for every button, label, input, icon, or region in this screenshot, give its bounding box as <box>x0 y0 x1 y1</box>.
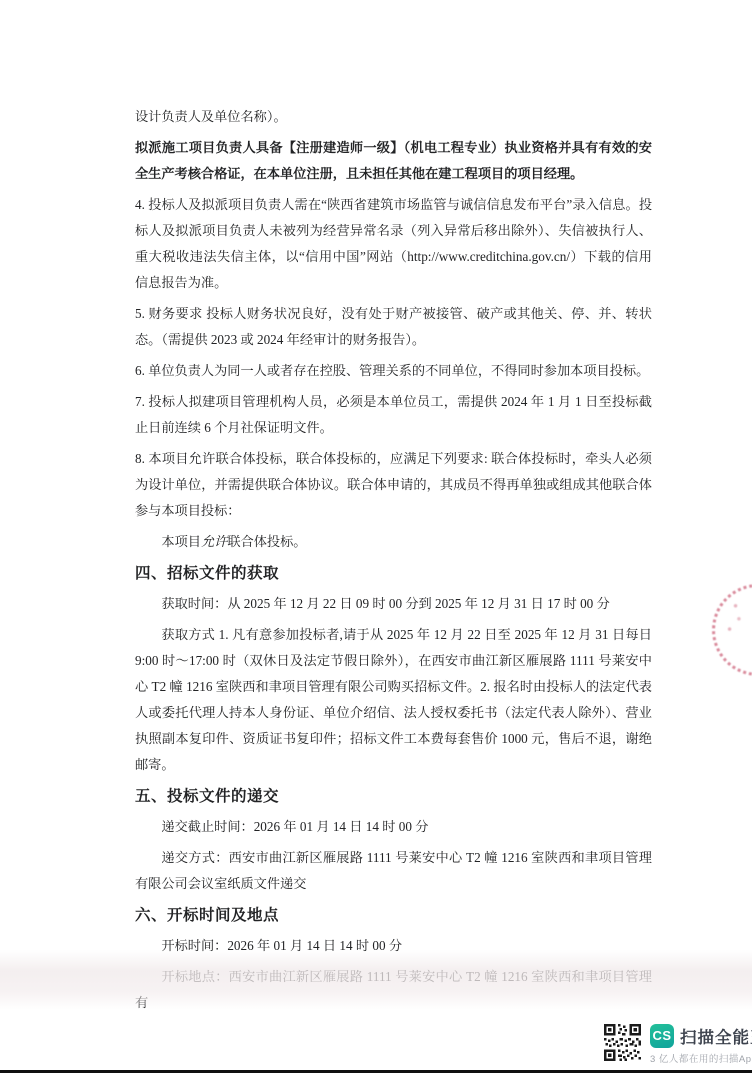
paragraph: 获取时间：从 2025 年 12 月 22 日 09 时 00 分到 2025 … <box>135 591 652 617</box>
paragraph: 6. 单位负责人为同一人或者存在控股、管理关系的不同单位，不得同时参加本项目投标… <box>135 358 652 384</box>
watermark-app-name: 扫描全能王 <box>680 1024 752 1048</box>
paragraph: 7. 投标人拟建项目管理机构人员，必须是本单位员工，需提供 2024 年 1 月… <box>135 389 652 441</box>
emphasis-text: 允许 <box>201 534 227 549</box>
camscanner-logo-icon: CS <box>650 1024 674 1048</box>
text-segment: 联合体投标。 <box>227 534 306 549</box>
paragraph: 开标地点：西安市曲江新区雁展路 1111 号莱安中心 T2 幢 1216 室陕西… <box>135 964 652 1016</box>
scan-bottom-edge <box>0 1070 752 1073</box>
watermark-tagline: 3 亿人都在用的扫描App <box>650 1051 752 1065</box>
section-heading: 五、投标文件的递交 <box>135 783 652 810</box>
paragraph: 5. 财务要求 投标人财务状况良好，没有处于财产被接管、破产或其他关、停、并、转… <box>135 301 652 353</box>
paragraph: 本项目允许联合体投标。 <box>135 529 652 555</box>
paragraph: 获取方式 1. 凡有意参加投标者,请于从 2025 年 12 月 22 日至 2… <box>135 622 652 778</box>
red-stamp-fragment <box>703 575 752 684</box>
document-body: 设计负责人及单位名称）。拟派施工项目负责人具备【注册建造师一级】（机电工程专业）… <box>135 104 652 1021</box>
text-segment: 本项目 <box>161 534 201 549</box>
paragraph: 拟派施工项目负责人具备【注册建造师一级】（机电工程专业）执业资格并具有有效的安全… <box>135 135 652 187</box>
section-heading: 四、招标文件的获取 <box>135 560 652 587</box>
qr-code-icon <box>604 1024 641 1061</box>
watermark-text-block: CS 扫描全能王 3 亿人都在用的扫描App <box>650 1024 752 1065</box>
paragraph: 开标时间：2026 年 01 月 14 日 14 时 00 分 <box>135 933 652 959</box>
scanned-document-page: 设计负责人及单位名称）。拟派施工项目负责人具备【注册建造师一级】（机电工程专业）… <box>0 0 752 1075</box>
paragraph: 递交截止时间：2026 年 01 月 14 日 14 时 00 分 <box>135 814 652 840</box>
section-heading: 六、开标时间及地点 <box>135 902 652 929</box>
stamp-speckle <box>723 597 751 640</box>
paragraph: 4. 投标人及拟派项目负责人需在“陕西省建筑市场监管与诚信信息发布平台”录入信息… <box>135 192 652 296</box>
paragraph: 设计负责人及单位名称）。 <box>135 104 652 130</box>
paragraph: 递交方式：西安市曲江新区雁展路 1111 号莱安中心 T2 幢 1216 室陕西… <box>135 845 652 897</box>
camscanner-watermark: CS 扫描全能王 3 亿人都在用的扫描App <box>604 1024 752 1065</box>
paragraph: 8. 本项目允许联合体投标，联合体投标的，应满足下列要求: 联合体投标时，牵头人… <box>135 446 652 524</box>
